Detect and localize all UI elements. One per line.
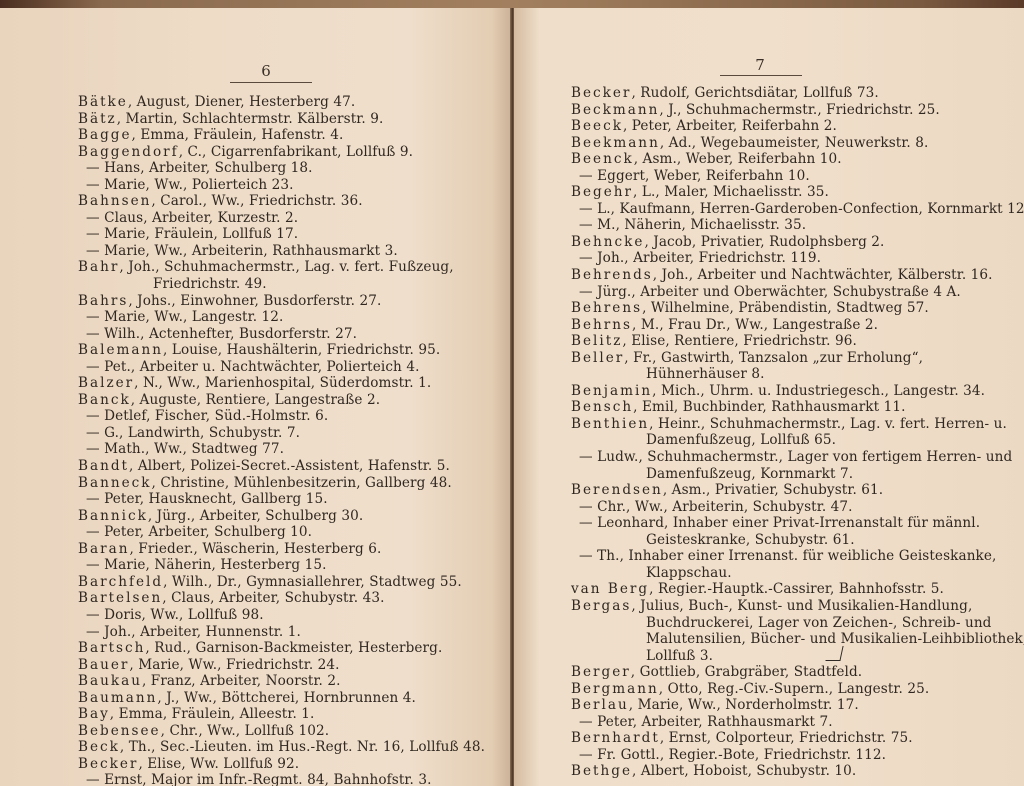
entry-continuation-line: Malutensilien, Bücher- und Musikalien-Le…: [571, 631, 1024, 648]
continuation-dash: —: [579, 449, 593, 465]
directory-entry: Beekmann, Ad., Wegebaumeister, Neuwerkst…: [571, 135, 1024, 152]
entry-continuation-line: Lollfuß 3.: [571, 648, 1024, 665]
entry-details: , Heinr., Schuhmachermstr., Lag. v. fert…: [649, 416, 1007, 432]
page-number: 6: [236, 62, 296, 80]
entry-continuation-line: Buchdruckerei, Lager von Zeichen-, Schre…: [571, 615, 1024, 632]
directory-entry: Banck, Auguste, Rentiere, Langestraße 2.: [78, 392, 485, 409]
page-number: 7: [730, 56, 790, 74]
entry-details: , Emma, Fräulein, Alleestr. 1.: [110, 706, 315, 722]
directory-entry: Bahnsen, Carol., Ww., Friedrichstr. 36.: [78, 193, 485, 210]
entry-details: Math., Ww., Stadtweg 77.: [100, 441, 284, 457]
continuation-dash: —: [86, 772, 100, 786]
entry-details: , Chr., Ww., Lollfuß 102.: [161, 723, 330, 739]
directory-entry: — Jürg., Arbeiter und Oberwächter, Schub…: [571, 284, 1024, 301]
directory-entry: Banneck, Christine, Mühlenbesitzerin, Ga…: [78, 475, 485, 492]
entry-surname: Beenck: [571, 151, 634, 167]
directory-entry: Berger, Gottlieb, Grabgräber, Stadtfeld.: [571, 664, 1024, 681]
directory-entry: Bay, Emma, Fräulein, Alleestr. 1.: [78, 706, 485, 723]
entry-continuation-line: Friedrichstr. 49.: [78, 276, 485, 293]
entry-details: , Elise, Ww. Lollfuß 92.: [138, 756, 299, 772]
entry-details: Chr., Ww., Arbeiterin, Schubystr. 47.: [593, 499, 853, 515]
entry-surname: Balzer: [78, 375, 134, 391]
entry-details: , Jacob, Privatier, Rudolphsberg 2.: [644, 234, 884, 250]
directory-entry: — Math., Ww., Stadtweg 77.: [78, 441, 485, 458]
entry-details: Peter, Hausknecht, Gallberg 15.: [100, 491, 328, 507]
entry-details: M., Näherin, Michaelisstr. 35.: [593, 217, 807, 233]
directory-entry: — Th., Inhaber einer Irrenanst. für weib…: [571, 548, 1024, 581]
directory-entry: Behrens, Wilhelmine, Präbendistin, Stadt…: [571, 300, 1024, 317]
directory-entry: Beller, Fr., Gastwirth, Tanzsalon „zur E…: [571, 350, 1024, 383]
entry-details: , Asm., Privatier, Schubystr. 61.: [663, 482, 883, 498]
directory-entry: Berendsen, Asm., Privatier, Schubystr. 6…: [571, 482, 1024, 499]
directory-entry: — Leonhard, Inhaber einer Privat-Irrenan…: [571, 515, 1024, 548]
entry-surname: Benthien: [571, 416, 649, 432]
entry-surname: Bagge: [78, 127, 132, 143]
directory-entry: — Chr., Ww., Arbeiterin, Schubystr. 47.: [571, 499, 1024, 516]
entry-details: Ludw., Schuhmachermstr., Lager von ferti…: [593, 449, 1013, 465]
directory-entry: — Peter, Hausknecht, Gallberg 15.: [78, 491, 485, 508]
directory-entry: Benjamin, Mich., Uhrm. u. Industriegesch…: [571, 383, 1024, 400]
entry-surname: Belitz: [571, 333, 622, 349]
entry-details: , Joh., Arbeiter und Nachtwächter, Kälbe…: [653, 267, 993, 283]
entry-details: Marie, Fräulein, Lollfuß 17.: [100, 226, 298, 242]
entry-details: , M., Frau Dr., Ww., Langestraße 2.: [632, 317, 878, 333]
entry-details: Peter, Arbeiter, Schulberg 10.: [100, 524, 312, 540]
entry-details: , Wilhelmine, Präbendistin, Stadtweg 57.: [642, 300, 929, 316]
entry-details: , Carol., Ww., Friedrichstr. 36.: [151, 193, 362, 209]
entry-details: Peter, Arbeiter, Rathhausmarkt 7.: [593, 714, 833, 730]
continuation-dash: —: [86, 408, 100, 424]
directory-entry: — Joh., Arbeiter, Hunnenstr. 1.: [78, 624, 485, 641]
directory-entry: — Marie, Ww., Arbeiterin, Rathhausmarkt …: [78, 243, 485, 260]
entry-surname: Behncke: [571, 234, 644, 250]
directory-entry: Behrends, Joh., Arbeiter und Nachtwächte…: [571, 267, 1024, 284]
entry-details: Jürg., Arbeiter und Oberwächter, Schubys…: [593, 284, 961, 300]
entry-details: , Elise, Rentiere, Friedrichstr. 96.: [622, 333, 857, 349]
entry-surname: Baggendorf: [78, 144, 179, 160]
entry-surname: Berger: [571, 664, 631, 680]
entry-details: , Albert, Hoboist, Schubystr. 10.: [632, 763, 856, 779]
continuation-dash: —: [86, 624, 100, 640]
entry-surname: van Berg: [571, 581, 649, 597]
directory-entry: Barchfeld, Wilh., Dr., Gymnasiallehrer, …: [78, 574, 485, 591]
entry-details: Leonhard, Inhaber einer Privat-Irrenanst…: [593, 515, 980, 531]
directory-entry: Baran, Frieder., Wäscherin, Hesterberg 6…: [78, 541, 485, 558]
entry-details: Marie, Ww., Arbeiterin, Rathhausmarkt 3.: [100, 243, 398, 259]
entry-surname: Barchfeld: [78, 574, 163, 590]
directory-entry: Bahr, Joh., Schuhmachermstr., Lag. v. fe…: [78, 259, 485, 292]
entry-surname: Becker: [78, 756, 138, 772]
continuation-dash: —: [579, 548, 593, 564]
continuation-dash: —: [579, 201, 593, 217]
entry-details: , Marie, Ww., Friedrichstr. 24.: [129, 657, 339, 673]
entry-details: , Marie, Ww., Norderholmstr. 17.: [629, 697, 859, 713]
entry-details: , Regier.-Hauptk.-Cassirer, Bahnhofsstr.…: [649, 581, 944, 597]
continuation-dash: —: [579, 747, 593, 763]
entry-surname: Berlau: [571, 697, 629, 713]
pencil-check-mark: [825, 646, 843, 661]
directory-entry: Behrns, M., Frau Dr., Ww., Langestraße 2…: [571, 317, 1024, 334]
entry-surname: Baran: [78, 541, 129, 557]
entry-continuation-line: Damenfußzeug, Kornmarkt 7.: [579, 466, 1024, 483]
entry-surname: Behrends: [571, 267, 653, 283]
directory-entry: Becker, Elise, Ww. Lollfuß 92.: [78, 756, 485, 773]
entry-details: , Rud., Garnison-Backmeister, Hesterberg…: [145, 640, 442, 656]
directory-entry: Bergmann, Otto, Reg.-Civ.-Supern., Lange…: [571, 681, 1024, 698]
directory-entry: Bebensee, Chr., Ww., Lollfuß 102.: [78, 723, 485, 740]
entry-details: , Mich., Uhrm. u. Industriegesch., Lange…: [652, 383, 985, 399]
directory-entries: Bätke, August, Diener, Hesterberg 47.Bät…: [78, 94, 485, 786]
entry-surname: Becker: [571, 85, 631, 101]
entry-details: , Claus, Arbeiter, Schubystr. 43.: [162, 590, 384, 606]
entry-details: Joh., Arbeiter, Friedrichstr. 119.: [593, 250, 821, 266]
directory-entry: Beckmann, J., Schuhmachermstr., Friedric…: [571, 102, 1024, 119]
continuation-dash: —: [86, 607, 100, 623]
directory-entry: Baggendorf, C., Cigarrenfabrikant, Lollf…: [78, 144, 485, 161]
entry-details: , Joh., Schuhmachermstr., Lag. v. fert. …: [119, 259, 453, 275]
entry-surname: Behrns: [571, 317, 632, 333]
directory-entry: Beenck, Asm., Weber, Reiferbahn 10.: [571, 151, 1024, 168]
entry-surname: Banck: [78, 392, 131, 408]
entry-details: , Jürg., Arbeiter, Schulberg 30.: [148, 508, 363, 524]
directory-entry: — Doris, Ww., Lollfuß 98.: [78, 607, 485, 624]
continuation-dash: —: [579, 284, 593, 300]
directory-entry: Bannick, Jürg., Arbeiter, Schulberg 30.: [78, 508, 485, 525]
continuation-dash: —: [86, 441, 100, 457]
entry-details: , Franz, Arbeiter, Noorstr. 2.: [142, 673, 341, 689]
directory-entry: Bartsch, Rud., Garnison-Backmeister, Hes…: [78, 640, 485, 657]
directory-entry: Bethge, Albert, Hoboist, Schubystr. 10.: [571, 763, 1024, 780]
entry-details: , Emil, Buchbinder, Rathhausmarkt 11.: [633, 399, 905, 415]
continuation-dash: —: [86, 491, 100, 507]
entry-details: , Peter, Arbeiter, Reiferbahn 2.: [623, 118, 837, 134]
entry-surname: Bahr: [78, 259, 119, 275]
entry-surname: Berendsen: [571, 482, 663, 498]
entry-details: , Fr., Gastwirth, Tanzsalon „zur Erholun…: [624, 350, 923, 366]
directory-entry: — Eggert, Weber, Reiferbahn 10.: [571, 168, 1024, 185]
directory-entry: Beck, Th., Sec.-Lieuten. im Hus.-Regt. N…: [78, 739, 485, 756]
entry-continuation-line: Damenfußzeug, Lollfuß 65.: [571, 432, 1024, 449]
directory-entry: van Berg, Regier.-Hauptk.-Cassirer, Bahn…: [571, 581, 1024, 598]
directory-entry: Bensch, Emil, Buchbinder, Rathhausmarkt …: [571, 399, 1024, 416]
entry-details: Marie, Ww., Langestr. 12.: [100, 309, 284, 325]
continuation-dash: —: [86, 326, 100, 342]
directory-entry: Behncke, Jacob, Privatier, Rudolphsberg …: [571, 234, 1024, 251]
directory-entry: Becker, Rudolf, Gerichtsdiätar, Lollfuß …: [571, 85, 1024, 102]
directory-entry: Belitz, Elise, Rentiere, Friedrichstr. 9…: [571, 333, 1024, 350]
entry-details: Marie, Ww., Polierteich 23.: [100, 177, 294, 193]
entry-details: Ernst, Major im Infr.-Regmt. 84, Bahnhof…: [100, 772, 432, 786]
entry-details: , Otto, Reg.-Civ.-Supern., Langestr. 25.: [659, 681, 930, 697]
entry-details: Wilh., Actenhefter, Busdorferstr. 27.: [100, 326, 357, 342]
book-top-edge: [0, 0, 1024, 8]
entry-surname: Balemann: [78, 342, 163, 358]
entry-details: , Ernst, Colporteur, Friedrichstr. 75.: [660, 730, 913, 746]
entry-surname: Bartsch: [78, 640, 145, 656]
directory-entry: Bandt, Albert, Polizei-Secret.-Assistent…: [78, 458, 485, 475]
entry-details: , Asm., Weber, Reiferbahn 10.: [634, 151, 842, 167]
entry-details: , Julius, Buch-, Kunst- und Musikalien-H…: [631, 598, 972, 614]
directory-entry: Beeck, Peter, Arbeiter, Reiferbahn 2.: [571, 118, 1024, 135]
entry-surname: Bätz: [78, 111, 117, 127]
entry-details: , Christine, Mühlenbesitzerin, Gallberg …: [152, 475, 452, 491]
continuation-dash: —: [86, 309, 100, 325]
directory-entry: Bätz, Martin, Schlachtermstr. Kälberstr.…: [78, 111, 485, 128]
entry-details: Joh., Arbeiter, Hunnenstr. 1.: [100, 624, 301, 640]
entry-surname: Bensch: [571, 399, 633, 415]
directory-entry: Bagge, Emma, Fräulein, Hafenstr. 4.: [78, 127, 485, 144]
entry-details: , C., Cigarrenfabrikant, Lollfuß 9.: [179, 144, 413, 160]
directory-entry: — Marie, Näherin, Hesterberg 15.: [78, 557, 485, 574]
entry-details: Fr. Gottl., Regier.-Bote, Friedrichstr. …: [593, 747, 886, 763]
entry-details: G., Landwirth, Schubystr. 7.: [100, 425, 300, 441]
directory-entry: Bauer, Marie, Ww., Friedrichstr. 24.: [78, 657, 485, 674]
directory-entry: — Peter, Arbeiter, Schulberg 10.: [78, 524, 485, 541]
continuation-dash: —: [579, 250, 593, 266]
directory-entry: — Marie, Ww., Polierteich 23.: [78, 177, 485, 194]
directory-entry: Bahrs, Johs., Einwohner, Busdorferstr. 2…: [78, 293, 485, 310]
continuation-dash: —: [579, 217, 593, 233]
entry-surname: Bannick: [78, 508, 148, 524]
directory-entry: Bergas, Julius, Buch-, Kunst- und Musika…: [571, 598, 1024, 664]
continuation-dash: —: [86, 243, 100, 259]
directory-entry: — Fr. Gottl., Regier.-Bote, Friedrichstr…: [571, 747, 1024, 764]
directory-entry: — Claus, Arbeiter, Kurzestr. 2.: [78, 210, 485, 227]
continuation-dash: —: [86, 524, 100, 540]
entry-details: L., Kaufmann, Herren-Garderoben-Confecti…: [593, 201, 1024, 217]
entry-surname: Behrens: [571, 300, 642, 316]
directory-entry: — M., Näherin, Michaelisstr. 35.: [571, 217, 1024, 234]
directory-entry: — Wilh., Actenhefter, Busdorferstr. 27.: [78, 326, 485, 343]
page-number-rule: [720, 75, 802, 76]
directory-entry: — Peter, Arbeiter, Rathhausmarkt 7.: [571, 714, 1024, 731]
directory-entry: — Pet., Arbeiter u. Nachtwächter, Polier…: [78, 359, 485, 376]
entry-surname: Beck: [78, 739, 120, 755]
entry-surname: Baukau: [78, 673, 142, 689]
entry-surname: Bandt: [78, 458, 129, 474]
entry-continuation-line: Geisteskranke, Schubystr. 61.: [579, 532, 1024, 549]
entry-surname: Bergas: [571, 598, 631, 614]
entry-surname: Benjamin: [571, 383, 652, 399]
continuation-dash: —: [579, 499, 593, 515]
entry-surname: Bethge: [571, 763, 632, 779]
entry-surname: Bahrs: [78, 293, 128, 309]
directory-entry: — Detlef, Fischer, Süd.-Holmstr. 6.: [78, 408, 485, 425]
entry-details: , Wilh., Dr., Gymnasiallehrer, Stadtweg …: [163, 574, 462, 590]
directory-entry: — Ludw., Schuhmachermstr., Lager von fer…: [571, 449, 1024, 482]
entry-details: , N., Ww., Marienhospital, Süderdomstr. …: [134, 375, 431, 391]
entry-details: Th., Inhaber einer Irrenanst. für weibli…: [593, 548, 997, 564]
entry-details: , Rudolf, Gerichtsdiätar, Lollfuß 73.: [631, 85, 878, 101]
entry-continuation-line: Klappschau.: [579, 565, 1024, 582]
directory-entry: — Joh., Arbeiter, Friedrichstr. 119.: [571, 250, 1024, 267]
directory-entry: — Ernst, Major im Infr.-Regmt. 84, Bahnh…: [78, 772, 485, 786]
continuation-dash: —: [579, 168, 593, 184]
entry-details: , Th., Sec.-Lieuten. im Hus.-Regt. Nr. 1…: [120, 739, 485, 755]
directory-entry: Benthien, Heinr., Schuhmachermstr., Lag.…: [571, 416, 1024, 449]
entry-details: , Albert, Polizei-Secret.-Assistent, Haf…: [129, 458, 450, 474]
entry-details: Doris, Ww., Lollfuß 98.: [100, 607, 264, 623]
entry-surname: Banneck: [78, 475, 152, 491]
entry-details: Claus, Arbeiter, Kurzestr. 2.: [100, 210, 298, 226]
entry-continuation-line: Hühnerhäuser 8.: [571, 366, 1024, 383]
continuation-dash: —: [86, 557, 100, 573]
directory-entry: — Hans, Arbeiter, Schulberg 18.: [78, 160, 485, 177]
entry-surname: Baumann: [78, 690, 157, 706]
entry-details: , Louise, Haushälterin, Friedrichstr. 95…: [163, 342, 440, 358]
directory-entry: Bätke, August, Diener, Hesterberg 47.: [78, 94, 485, 111]
continuation-dash: —: [579, 714, 593, 730]
book-spread: 6 Bätke, August, Diener, Hesterberg 47.B…: [0, 8, 1024, 786]
directory-entry: Balemann, Louise, Haushälterin, Friedric…: [78, 342, 485, 359]
directory-entry: Bernhardt, Ernst, Colporteur, Friedrichs…: [571, 730, 1024, 747]
continuation-dash: —: [86, 226, 100, 242]
entry-details: Marie, Näherin, Hesterberg 15.: [100, 557, 327, 573]
directory-entries: Becker, Rudolf, Gerichtsdiätar, Lollfuß …: [571, 85, 1024, 780]
continuation-dash: —: [86, 177, 100, 193]
continuation-dash: —: [86, 359, 100, 375]
right-page: 7 Becker, Rudolf, Gerichtsdiätar, Lollfu…: [514, 8, 1024, 786]
entry-details: , L., Maler, Michaelisstr. 35.: [633, 184, 829, 200]
entry-details: , Ad., Wegebaumeister, Neuwerkstr. 8.: [660, 135, 929, 151]
continuation-dash: —: [86, 425, 100, 441]
entry-surname: Bauer: [78, 657, 129, 673]
directory-entry: Baukau, Franz, Arbeiter, Noorstr. 2.: [78, 673, 485, 690]
entry-surname: Bartelsen: [78, 590, 162, 606]
directory-entry: — Marie, Fräulein, Lollfuß 17.: [78, 226, 485, 243]
entry-details: Pet., Arbeiter u. Nachtwächter, Polierte…: [100, 359, 420, 375]
entry-surname: Bätke: [78, 94, 128, 110]
entry-surname: Bergmann: [571, 681, 659, 697]
directory-entry: Berlau, Marie, Ww., Norderholmstr. 17.: [571, 697, 1024, 714]
entry-surname: Beckmann: [571, 102, 659, 118]
entry-details: , Gottlieb, Grabgräber, Stadtfeld.: [631, 664, 862, 680]
continuation-dash: —: [579, 515, 593, 531]
directory-entry: Bartelsen, Claus, Arbeiter, Schubystr. 4…: [78, 590, 485, 607]
directory-entry: — L., Kaufmann, Herren-Garderoben-Confec…: [571, 201, 1024, 218]
directory-entry: — G., Landwirth, Schubystr. 7.: [78, 425, 485, 442]
directory-entry: Baumann, J., Ww., Böttcherei, Hornbrunne…: [78, 690, 485, 707]
entry-details: , J., Ww., Böttcherei, Hornbrunnen 4.: [157, 690, 416, 706]
directory-entry: Begehr, L., Maler, Michaelisstr. 35.: [571, 184, 1024, 201]
page-number-rule: [230, 82, 312, 83]
entry-details: , J., Schuhmachermstr., Friedrichstr. 25…: [659, 102, 939, 118]
entry-surname: Beller: [571, 350, 624, 366]
continuation-dash: —: [86, 160, 100, 176]
directory-entry: Balzer, N., Ww., Marienhospital, Süderdo…: [78, 375, 485, 392]
entry-details: , August, Diener, Hesterberg 47.: [128, 94, 355, 110]
entry-surname: Bay: [78, 706, 110, 722]
entry-details: , Emma, Fräulein, Hafenstr. 4.: [132, 127, 344, 143]
entry-surname: Beeck: [571, 118, 623, 134]
entry-surname: Beekmann: [571, 135, 660, 151]
entry-surname: Bernhardt: [571, 730, 660, 746]
entry-details: , Martin, Schlachtermstr. Kälberstr. 9.: [117, 111, 384, 127]
entry-details: Detlef, Fischer, Süd.-Holmstr. 6.: [100, 408, 329, 424]
left-page: 6 Bätke, August, Diener, Hesterberg 47.B…: [0, 8, 512, 786]
entry-surname: Bahnsen: [78, 193, 151, 209]
continuation-dash: —: [86, 210, 100, 226]
directory-entry: — Marie, Ww., Langestr. 12.: [78, 309, 485, 326]
entry-details: Hans, Arbeiter, Schulberg 18.: [100, 160, 313, 176]
entry-details: , Auguste, Rentiere, Langestraße 2.: [131, 392, 380, 408]
entry-details: , Frieder., Wäscherin, Hesterberg 6.: [129, 541, 381, 557]
entry-surname: Begehr: [571, 184, 633, 200]
entry-surname: Bebensee: [78, 723, 161, 739]
entry-details: , Johs., Einwohner, Busdorferstr. 27.: [128, 293, 381, 309]
entry-details: Eggert, Weber, Reiferbahn 10.: [593, 168, 810, 184]
